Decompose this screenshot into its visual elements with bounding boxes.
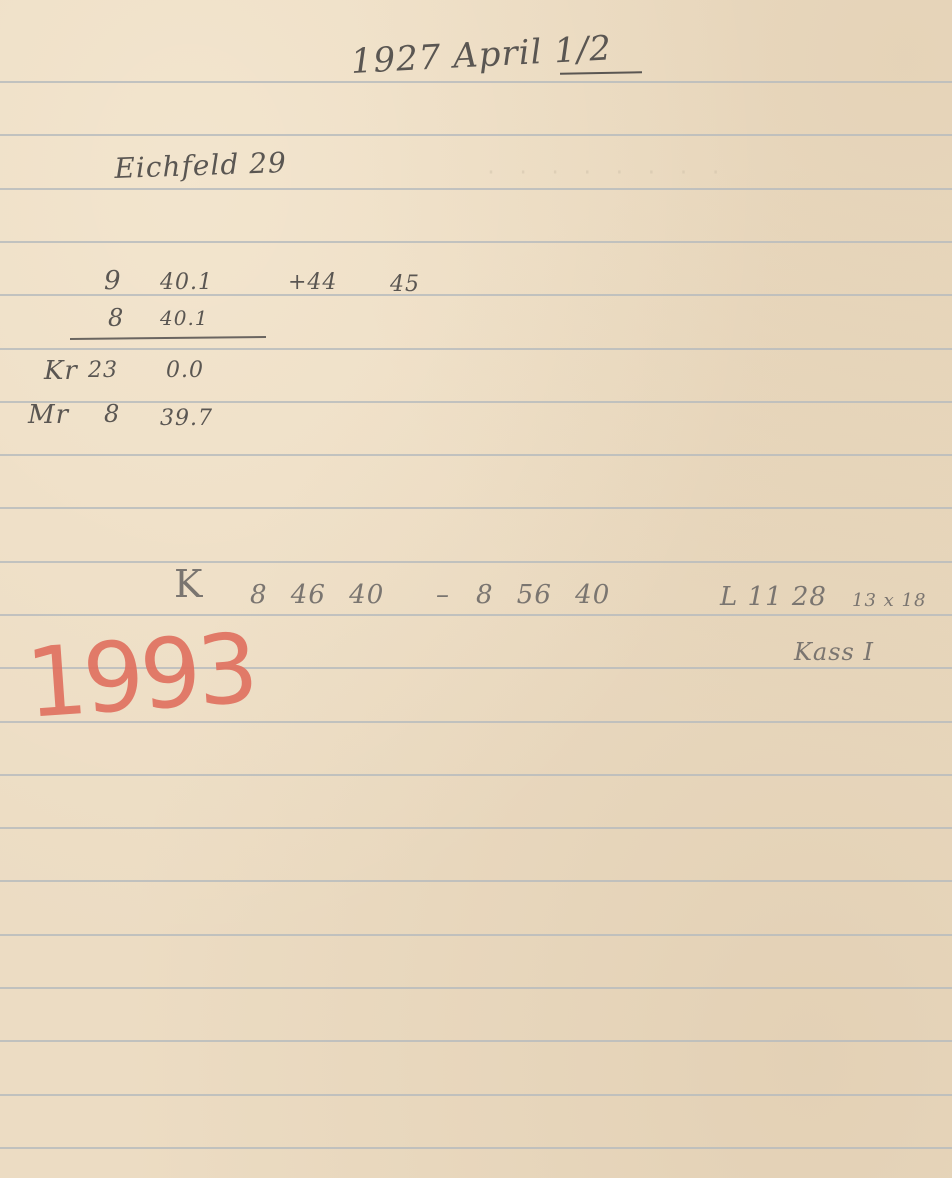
measurement-index: 8 <box>108 304 124 332</box>
sum-underline <box>70 336 266 340</box>
exposure-separator: – <box>436 580 450 610</box>
location-label: Eichfeld 29 <box>114 146 287 185</box>
measurement-label: Mr <box>28 400 69 430</box>
ruled-line <box>0 1147 952 1149</box>
measurement-extra: +44 <box>288 270 337 295</box>
exposure-start-time: 8 46 40 <box>250 580 384 610</box>
ruled-line <box>0 454 952 456</box>
measurement-index: 23 <box>88 358 118 383</box>
ruled-line <box>0 348 952 350</box>
measurement-label: Kr <box>44 356 78 386</box>
date-flourish-line <box>560 71 642 74</box>
camera-label: Kass I <box>794 638 874 666</box>
notebook-page: · · · · · · · · 1927 April 1/2 Eichfeld … <box>0 0 952 1178</box>
ruled-line <box>0 934 952 936</box>
measurement-index: 9 <box>104 266 122 296</box>
archive-number: 1993 <box>22 612 258 740</box>
ruled-line <box>0 134 952 136</box>
ruled-line <box>0 401 952 403</box>
ruled-line <box>0 507 952 509</box>
measurement-value: 40.1 <box>160 306 209 330</box>
plate-number: L 11 28 <box>720 582 827 612</box>
ruled-line <box>0 614 952 616</box>
ruled-line <box>0 987 952 989</box>
measurement-extra: 45 <box>390 272 420 297</box>
ruled-line <box>0 81 952 83</box>
measurement-value: 0.0 <box>166 358 204 383</box>
ruled-line <box>0 294 952 296</box>
ruled-line <box>0 561 952 563</box>
measurement-index: 8 <box>104 400 120 428</box>
measurement-value: 40.1 <box>160 270 213 295</box>
measurement-value: 39.7 <box>160 406 213 431</box>
exposure-end-time: 8 56 40 <box>476 580 610 610</box>
ruled-line <box>0 880 952 882</box>
ruled-line <box>0 774 952 776</box>
ruled-line <box>0 1094 952 1096</box>
plate-format: 13 x 18 <box>852 590 926 611</box>
ruled-line <box>0 1040 952 1042</box>
bleed-through-ghost: · · · · · · · · <box>485 160 726 184</box>
ruled-line <box>0 827 952 829</box>
ruled-line <box>0 241 952 243</box>
ruled-line <box>0 188 952 190</box>
exposure-prefix: K <box>174 562 203 606</box>
